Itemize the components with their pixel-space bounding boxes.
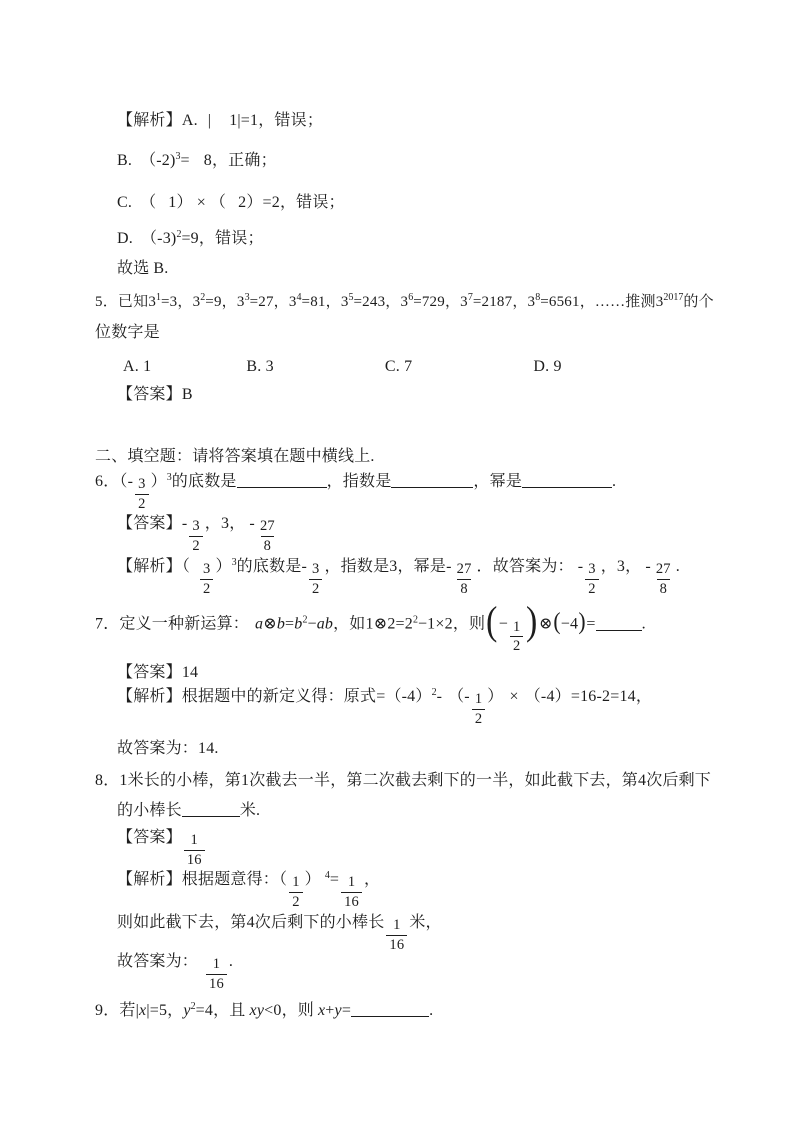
math-run: =2187 <box>473 294 512 310</box>
text-run: ， <box>601 558 617 575</box>
q5-options: A. 1B. 3C. 7D. 9 <box>123 356 562 378</box>
text-run: 【解析】根据题中的新定义得：原式= <box>117 688 385 705</box>
math-run: = <box>330 871 339 888</box>
superscript: 2017 <box>663 292 683 303</box>
q8-stem-line-2: 的小棒长米. <box>117 800 260 822</box>
fraction-numerator: 1 <box>289 875 302 892</box>
fraction: 32 <box>135 477 148 511</box>
fraction-denominator: 16 <box>386 935 407 953</box>
fraction-numerator: 3 <box>309 562 322 579</box>
math-run: （ <box>182 558 190 575</box>
math-run: × <box>197 194 206 211</box>
math-run: × <box>510 688 519 705</box>
math-run: ） <box>215 558 231 575</box>
text-run: ， <box>625 558 641 575</box>
text-run: ， <box>445 294 460 310</box>
math-run: 3 <box>237 294 245 310</box>
text-run: ， <box>364 871 380 888</box>
fraction-denominator: 16 <box>341 892 362 910</box>
fraction-denominator: 8 <box>261 536 274 554</box>
math-run: − <box>499 616 508 633</box>
fraction-numerator: 3 <box>200 562 213 579</box>
text-run: ．故答案为： <box>477 558 574 575</box>
math-run: （ <box>210 194 226 211</box>
fraction: 278 <box>653 562 674 596</box>
math-run: C. 7 <box>385 358 412 375</box>
math-run: − <box>307 616 316 633</box>
text-run: ，错误； <box>199 230 264 247</box>
answer-blank <box>237 472 327 488</box>
math-run: - <box>437 688 443 705</box>
math-run: = <box>586 616 595 633</box>
math-run: （-4） <box>525 688 571 705</box>
text-run: 的个 <box>683 294 713 310</box>
math-run: =27 <box>250 294 274 310</box>
q7-conclusion: 故答案为：14. <box>117 738 219 760</box>
math-run: | <box>208 112 211 129</box>
math-run: + <box>325 1002 334 1019</box>
text-run: ， <box>385 294 400 310</box>
math-run: - <box>578 558 584 575</box>
text-run: 故答案为： <box>117 953 198 970</box>
fraction: 32 <box>309 562 322 596</box>
math-run: （ <box>279 871 287 888</box>
math-run: 8 <box>204 152 212 169</box>
q5-stem-line-2: 位数字是 <box>95 322 160 344</box>
math-run: 1|=1 <box>229 112 258 129</box>
math-run: （-3) <box>141 230 176 247</box>
fraction: 32 <box>200 562 213 596</box>
text-run: 位数字是 <box>95 324 160 341</box>
text-run: 二、填空题：请将答案填在题中横线上. <box>95 448 375 465</box>
answer-blank <box>391 472 473 488</box>
fraction: 278 <box>257 519 278 553</box>
q4-analysis-option-c: C.（1）×（2）=2，错误； <box>117 192 345 214</box>
fraction-denominator: 16 <box>184 850 205 868</box>
math-run: （-4） <box>385 688 431 705</box>
q5-stem-line-1: 5．已知31=3，32=9，33=27，34=81，35=243，36=729，… <box>95 291 714 313</box>
fraction: 116 <box>341 875 362 909</box>
text-run: ， <box>222 294 237 310</box>
math-run: - <box>301 558 307 575</box>
q4-analysis-option-a: 【解析】A.|1|=1，错误； <box>117 110 323 132</box>
answer-blank <box>522 472 612 488</box>
math-run: −4 <box>561 616 578 633</box>
math-run: 3 <box>460 294 468 310</box>
text-run: 6． <box>95 473 119 490</box>
math-run: = <box>342 1002 351 1019</box>
text-run: ，正确； <box>212 152 277 169</box>
math-run: = <box>285 616 294 633</box>
fraction-numerator: 3 <box>135 477 148 494</box>
math-italic-run: y <box>183 1002 190 1019</box>
math-run: =9 <box>205 294 221 310</box>
math-run: ⊗ <box>539 616 553 633</box>
math-run: 3 <box>341 294 349 310</box>
text-run: . <box>642 616 646 633</box>
text-run: ，且 <box>213 1002 245 1019</box>
fraction-numerator: 1 <box>510 620 523 637</box>
text-run: 的小棒长 <box>117 802 182 819</box>
text-run: ，幂是 <box>473 473 522 490</box>
fraction-numerator: 1 <box>188 833 201 850</box>
math-run: <0 <box>264 1002 281 1019</box>
q9-stem: 9．若|x|=5，y2=4，且xy<0，则x+y=. <box>95 1000 433 1022</box>
math-run: 3 <box>148 294 156 310</box>
fraction-denominator: 2 <box>200 579 213 597</box>
math-run: . <box>229 953 233 970</box>
fraction: 12 <box>510 620 523 654</box>
math-run: ） <box>487 688 503 705</box>
text-run: ， <box>326 294 341 310</box>
q8-conclusion: 故答案为：116. <box>117 951 233 1003</box>
text-run: ， <box>177 294 192 310</box>
answer-blank <box>596 615 642 631</box>
math-run: - <box>249 515 255 532</box>
math-run: B. <box>153 260 168 277</box>
text-run: 故选 <box>117 260 149 277</box>
math-run: B. <box>117 152 132 169</box>
fraction-numerator: 1 <box>345 875 358 892</box>
math-run: 14. <box>198 740 219 757</box>
text-run: ，错误； <box>280 194 345 211</box>
answer-blank <box>182 801 240 817</box>
text-run: 【答案】 <box>117 664 182 681</box>
text-run: . <box>429 1002 433 1019</box>
fraction: 116 <box>184 833 205 867</box>
text-run: ， <box>167 1002 183 1019</box>
fraction: 116 <box>206 957 227 991</box>
text-run: ， <box>636 688 652 705</box>
fraction-numerator: 27 <box>653 562 674 579</box>
math-run: 2）=2 <box>238 194 280 211</box>
text-run: 故答案为： <box>117 740 198 757</box>
math-run: D. <box>117 230 133 247</box>
math-run: （- <box>119 473 133 490</box>
fraction-numerator: 1 <box>210 957 223 974</box>
fraction-denominator: 2 <box>289 892 302 910</box>
section-2-header: 二、填空题：请将答案填在题中横线上. <box>95 446 375 468</box>
math-run: =3 <box>161 294 177 310</box>
math-italic-run: xy <box>250 1002 265 1019</box>
math-run: A. 1 <box>123 358 151 375</box>
q7-stem: 7．定义一种新运算：a⊗b=b2−ab，如1⊗2=22−1×2，则(−12)⊗(… <box>95 608 646 666</box>
text-run: 【解析】 <box>117 112 182 129</box>
math-run: B <box>182 386 193 403</box>
math-run: =81 <box>302 294 326 310</box>
text-run: ，则 <box>453 616 485 633</box>
math-run: =4 <box>196 1002 213 1019</box>
big-paren: ( <box>486 604 498 638</box>
fraction-numerator: 27 <box>257 519 278 536</box>
q4-conclusion: 故选B. <box>117 258 168 280</box>
math-italic-run: ab <box>317 616 333 633</box>
text-run: 米. <box>240 802 260 819</box>
text-run: ，如 <box>333 616 365 633</box>
fraction: 12 <box>289 875 302 909</box>
text-run: 【答案】 <box>117 829 182 846</box>
fraction-denominator: 2 <box>472 709 485 727</box>
paren: ( <box>553 610 560 634</box>
math-run: A. <box>182 112 198 129</box>
fraction-numerator: 3 <box>189 519 202 536</box>
math-run: 1⊗2=2 <box>366 616 413 633</box>
math-run: =729 <box>413 294 445 310</box>
q5-answer: 【答案】B <box>117 384 193 406</box>
math-run: D. 9 <box>533 358 561 375</box>
math-run: =9 <box>181 230 198 247</box>
math-italic-run: y <box>335 1002 342 1019</box>
text-run: 的底数是 <box>237 558 302 575</box>
math-run: （ <box>140 194 156 211</box>
fraction-numerator: 1 <box>472 692 485 709</box>
text-run: ，则 <box>282 1002 314 1019</box>
math-run: ⊗ <box>263 616 277 633</box>
math-run: =16-2=14 <box>571 688 636 705</box>
text-run: . <box>676 558 680 575</box>
fraction-denominator: 2 <box>189 536 202 554</box>
math-italic-run: b <box>277 616 285 633</box>
fraction-denominator: 2 <box>135 494 148 512</box>
text-run: 的底数是 <box>172 473 237 490</box>
text-run: ， <box>274 294 289 310</box>
text-run: 9．若 <box>95 1002 136 1019</box>
q8-stem-line-1: 8．1米长的小棒，第1次截去一半，第二次截去剩下的一半，如此截下去，第4次后剩下 <box>95 770 711 792</box>
fraction: 12 <box>472 692 485 726</box>
math-run: 14 <box>182 664 198 681</box>
math-run: −1×2 <box>418 616 453 633</box>
text-run: . <box>612 473 616 490</box>
text-run: ， <box>512 294 527 310</box>
paren: ) <box>579 610 586 634</box>
text-run: 7．定义一种新运算： <box>95 616 249 633</box>
text-run: 【解析】根据题意得： <box>117 871 279 888</box>
text-run: ， <box>205 515 221 532</box>
text-run: 【答案】 <box>117 515 182 532</box>
answer-blank <box>351 1001 429 1017</box>
text-run: 则如此截下去，第4次后剩下的小棒长 <box>117 914 384 931</box>
fraction-denominator: 8 <box>657 579 670 597</box>
math-run: ） <box>151 473 167 490</box>
math-run: - <box>446 558 452 575</box>
fraction-denominator: 2 <box>585 579 598 597</box>
text-run: 【答案】 <box>117 386 182 403</box>
math-run: - <box>182 515 188 532</box>
math-run: 3 <box>289 294 297 310</box>
fraction-denominator: 2 <box>510 636 523 654</box>
math-run: B. 3 <box>246 358 273 375</box>
big-paren: ) <box>526 604 538 638</box>
q7-analysis: 【解析】根据题中的新定义得：原式=（-4）2-（-12）×（-4）=16-2=1… <box>117 686 652 738</box>
math-run: =6561 <box>540 294 579 310</box>
text-run: ， <box>229 515 245 532</box>
fraction-denominator: 8 <box>457 579 470 597</box>
fraction-numerator: 1 <box>390 918 403 935</box>
math-run: = <box>181 152 190 169</box>
math-italic-run: a <box>255 616 263 633</box>
q7-answer: 【答案】14 <box>117 662 198 684</box>
fraction: 116 <box>386 918 407 952</box>
math-run: - <box>645 558 651 575</box>
text-run: 米， <box>409 914 441 931</box>
fraction-denominator: 16 <box>206 974 227 992</box>
math-run: 1） <box>168 194 192 211</box>
fraction: 32 <box>585 562 598 596</box>
math-run: 3 <box>221 515 229 532</box>
math-run: =243 <box>354 294 386 310</box>
fraction: 32 <box>189 519 202 553</box>
text-run: ，幂是 <box>397 558 446 575</box>
text-run: ，错误； <box>258 112 323 129</box>
math-run: ） <box>305 871 321 888</box>
text-run: 5．已知 <box>95 294 148 310</box>
document-page: 【解析】A.|1|=1，错误；B.（-2)3=8，正确；C.（1）×（2）=2，… <box>0 0 793 1122</box>
text-run: 8．1米长的小棒，第1次截去一半，第二次截去剩下的一半，如此截下去，第4次后剩下 <box>95 772 711 789</box>
text-run: ，指数是 <box>327 473 392 490</box>
q4-analysis-option-d: D.（-3)2=9，错误； <box>117 228 264 250</box>
q6-analysis: 【解析】（32）3的底数是-32，指数是3，幂是-278．故答案为：-32，3，… <box>117 556 680 608</box>
text-run: ，指数是 <box>324 558 389 575</box>
math-run: 3 <box>617 558 625 575</box>
text-run: ，……推测 <box>580 294 656 310</box>
fraction: 278 <box>454 562 475 596</box>
fraction-numerator: 27 <box>454 562 475 579</box>
math-run: （- <box>448 688 470 705</box>
math-run: C. <box>117 194 132 211</box>
text-run: 【解析】 <box>117 558 182 575</box>
q4-analysis-option-b: B.（-2)3=8，正确； <box>117 150 277 172</box>
math-run: （-2) <box>140 152 175 169</box>
fraction-numerator: 3 <box>585 562 598 579</box>
math-run: |=5 <box>146 1002 167 1019</box>
fraction-denominator: 2 <box>309 579 322 597</box>
